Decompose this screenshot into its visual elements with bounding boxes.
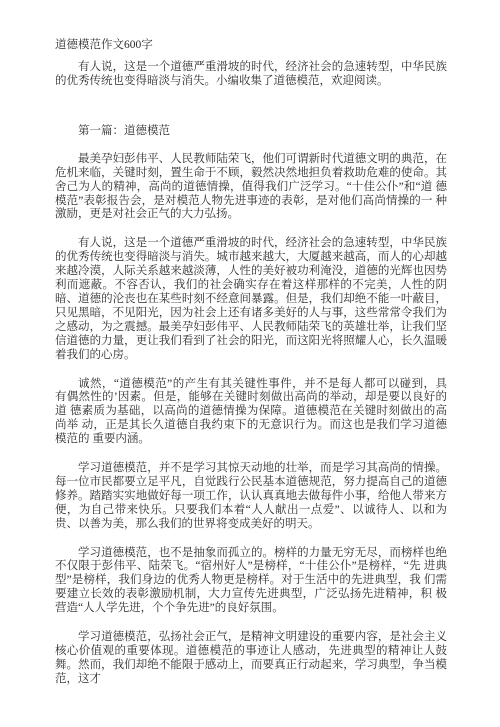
paragraph: 诚然，“道德模范”的产生有其关键性事件，并不是每人都可以碰到，具 有偶然性的’因… <box>55 378 447 448</box>
document-page: 道德模范作文600字 有人说，这是一个道德严重滑坡的时代，经济社会的急速转型，中… <box>0 0 500 727</box>
paragraph: 有人说，这是一个道德严重滑坡的时代，经济社会的急速转型，中华民族 的优秀传统也变… <box>55 237 447 362</box>
paragraph: 学习道德模范，弘扬社会正气，是精神文明建设的重要内容，是社会主义 核心价值观的重… <box>55 631 447 687</box>
paragraph: 学习道德模范，并不是学习其惊天动地的壮举，而是学习其高尚的情操。 每一位市民都要… <box>55 462 447 532</box>
intro-paragraph: 有人说，这是一个道德严重滑坡的时代，经济社会的急速转型，中华民族 的优秀传统也变… <box>55 61 447 89</box>
paragraph: 学习道德模范，也不是抽象而孤立的。榜样的力量无穷无尽，而榜样也绝 不仅限于彭伟平… <box>55 547 447 617</box>
paragraph: 最美孕妇彭伟平、人民教师陆荣飞，他们可谓新时代道德文明的典范，在 危机来临，关键… <box>55 153 447 223</box>
document-title: 道德模范作文600字 <box>55 38 447 52</box>
section-heading: 第一篇：道德模范 <box>55 124 447 138</box>
